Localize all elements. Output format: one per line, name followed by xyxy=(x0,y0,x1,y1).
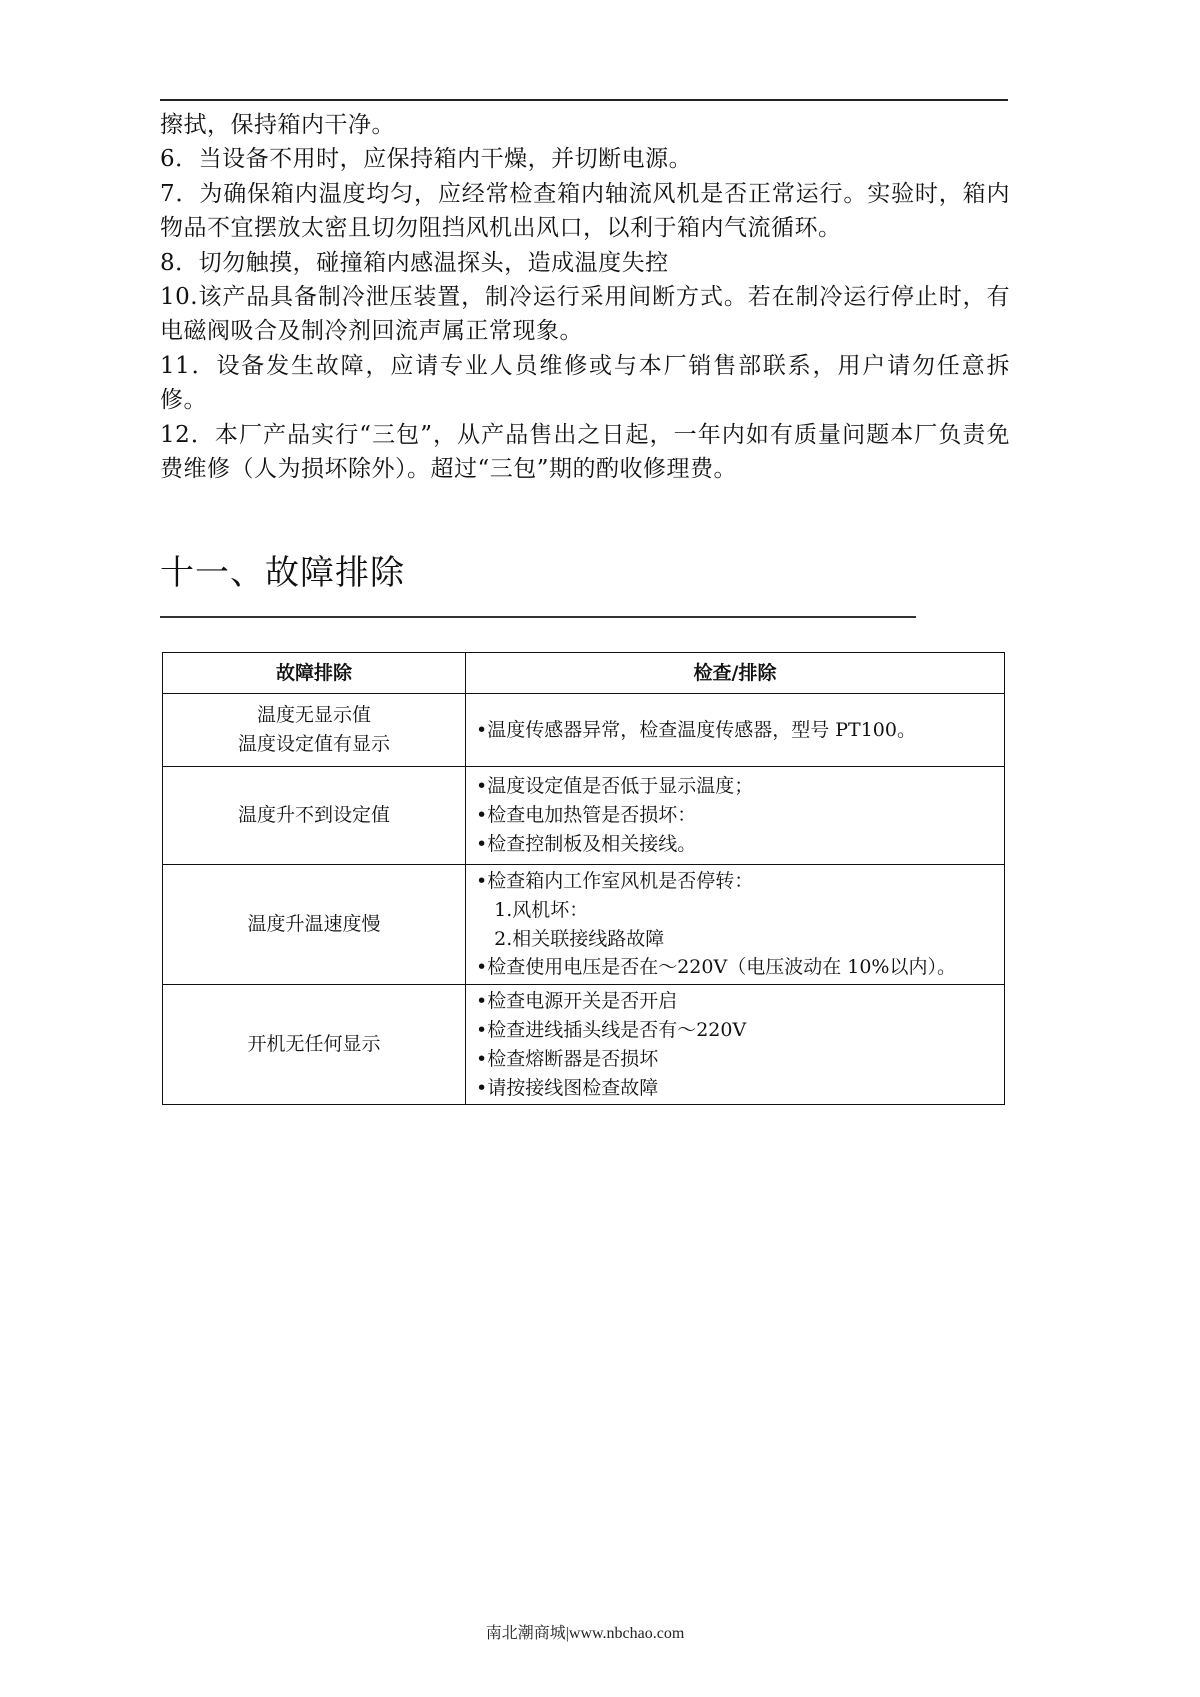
check-item: •检查电源开关是否开启 xyxy=(476,987,996,1016)
table-row: 温度升温速度慢 •检查箱内工作室风机是否停转： 1.风机坏： 2.相关联接线路故… xyxy=(163,865,1005,985)
header-rule xyxy=(160,99,1008,101)
fault-checks: •检查箱内工作室风机是否停转： 1.风机坏： 2.相关联接线路故障 •检查使用电… xyxy=(466,865,1005,985)
section-title: 十一、故障排除 xyxy=(160,545,405,594)
fault-checks: •检查电源开关是否开启 •检查进线插头线是否有～220V •检查熔断器是否损坏 … xyxy=(466,985,1005,1105)
check-subitem: 2.相关联接线路故障 xyxy=(476,925,996,954)
note-10: 10.该产品具备制冷泄压装置，制冷运行采用间断方式。若在制冷运行停止时，有电磁阀… xyxy=(160,280,1010,349)
cause-line: 温度升温速度慢 xyxy=(169,910,459,939)
header-check: 检查/排除 xyxy=(466,653,1005,694)
cause-line: 温度设定值有显示 xyxy=(169,730,459,759)
check-subitem: 1.风机坏： xyxy=(476,896,996,925)
check-item: •检查箱内工作室风机是否停转： xyxy=(476,867,996,896)
note-continuation: 擦拭，保持箱内干净。 xyxy=(160,108,1010,142)
cause-line: 温度无显示值 xyxy=(169,701,459,730)
check-item: •检查熔断器是否损坏 xyxy=(476,1045,996,1074)
maintenance-notes: 擦拭，保持箱内干净。 6．当设备不用时，应保持箱内干燥，并切断电源。 7．为确保… xyxy=(160,108,1010,486)
note-11: 11．设备发生故障，应请专业人员维修或与本厂销售部联系，用户请勿任意拆修。 xyxy=(160,349,1010,418)
troubleshooting-table: 故障排除 检查/排除 温度无显示值 温度设定值有显示 •温度传感器异常，检查温度… xyxy=(162,652,1005,1105)
header-fault: 故障排除 xyxy=(163,653,466,694)
check-item: •温度传感器异常，检查温度传感器，型号 PT100。 xyxy=(476,716,996,745)
table-row: 开机无任何显示 •检查电源开关是否开启 •检查进线插头线是否有～220V •检查… xyxy=(163,985,1005,1105)
table-row: 温度无显示值 温度设定值有显示 •温度传感器异常，检查温度传感器，型号 PT10… xyxy=(163,694,1005,767)
note-7: 7．为确保箱内温度均匀，应经常检查箱内轴流风机是否正常运行。实验时，箱内物品不宜… xyxy=(160,177,1010,246)
check-item: •检查控制板及相关接线。 xyxy=(476,830,996,859)
fault-cause: 温度升温速度慢 xyxy=(163,865,466,985)
note-6: 6．当设备不用时，应保持箱内干燥，并切断电源。 xyxy=(160,142,1010,176)
note-12: 12．本厂产品实行“三包”，从产品售出之日起，一年内如有质量问题本厂负责免费维修… xyxy=(160,418,1010,487)
fault-checks: •温度设定值是否低于显示温度； •检查电加热管是否损坏： •检查控制板及相关接线… xyxy=(466,767,1005,865)
fault-cause: 温度无显示值 温度设定值有显示 xyxy=(163,694,466,767)
fault-cause: 开机无任何显示 xyxy=(163,985,466,1105)
footer-watermark: 南北潮商城|www.nbchao.com xyxy=(0,1620,1170,1643)
section-rule xyxy=(160,616,916,618)
check-item: •请按接线图检查故障 xyxy=(476,1074,996,1103)
check-item: •检查使用电压是否在～220V（电压波动在 10%以内）。 xyxy=(476,953,996,982)
cause-line: 开机无任何显示 xyxy=(169,1030,459,1059)
check-item: •温度设定值是否低于显示温度； xyxy=(476,772,996,801)
table-row: 温度升不到设定值 •温度设定值是否低于显示温度； •检查电加热管是否损坏： •检… xyxy=(163,767,1005,865)
check-item: •检查进线插头线是否有～220V xyxy=(476,1016,996,1045)
fault-cause: 温度升不到设定值 xyxy=(163,767,466,865)
table-header-row: 故障排除 检查/排除 xyxy=(163,653,1005,694)
check-item: •检查电加热管是否损坏： xyxy=(476,801,996,830)
fault-checks: •温度传感器异常，检查温度传感器，型号 PT100。 xyxy=(466,694,1005,767)
note-8: 8．切勿触摸，碰撞箱内感温探头，造成温度失控 xyxy=(160,246,1010,280)
cause-line: 温度升不到设定值 xyxy=(169,801,459,830)
